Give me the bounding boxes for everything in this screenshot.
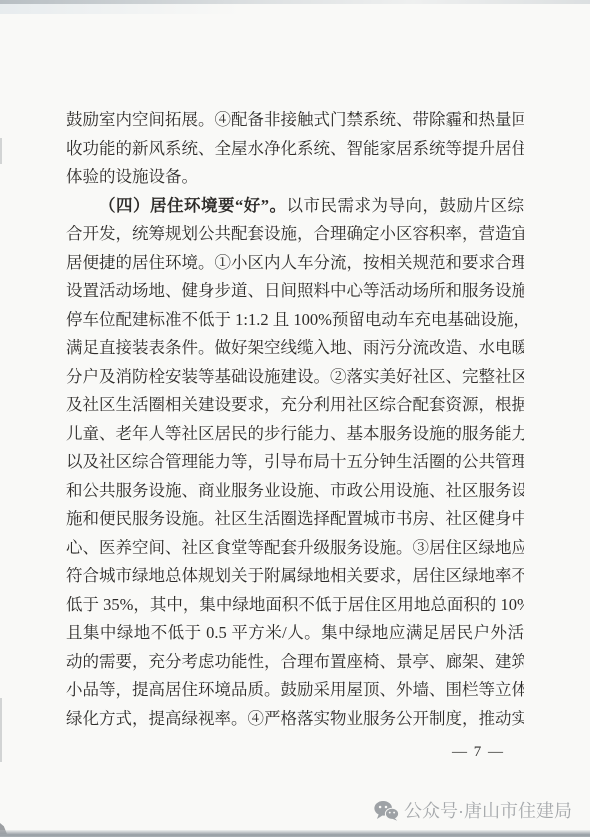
watermark-text: 公众号·唐山市住建局 [404,797,572,823]
text-line: 满足直接装表条件。做好架空线缆入地、雨污分流改造、水电暖 [66,334,524,363]
text-line: 绿化方式，提高绿视率。④严格落实物业服务公开制度，推动实 [66,705,524,734]
text-line: 符合城市绿地总体规划关于附属绿地相关要求，居住区绿地率不 [66,562,524,591]
page-number: — 7 — [452,744,505,761]
section-heading-rest: 以市民需求为导向，鼓励片区综 [287,196,525,215]
watermark: 公众号·唐山市住建局 [374,796,572,824]
text-line: 低于 35%，其中，集中绿地面积不低于居住区用地总面积的 10%， [66,591,524,620]
text-line: 停车位配建标准不低于 1:1.2 且 100%预留电动车充电基础设施， [66,306,524,335]
text-line: 分户及消防栓安装等基础设施建设。②落实美好社区、完整社区 [66,363,524,392]
text-line: 施和便民服务设施。社区生活圈选择配置城市书房、社区健身中 [66,505,524,534]
document-page: 鼓励室内空间拓展。④配备非接触式门禁系统、带除霾和热量回 收功能的新风系统、全屋… [0,0,590,837]
scan-mark-left-lower [0,698,2,762]
body-text: 鼓励室内空间拓展。④配备非接触式门禁系统、带除霾和热量回 收功能的新风系统、全屋… [66,106,524,733]
text-line: 儿童、老年人等社区居民的步行能力、基本服务设施的服务能力 [66,420,524,449]
text-line: 及社区生活圈相关建设要求，充分利用社区综合配套资源，根据 [66,391,524,420]
text-line: 和公共服务设施、商业服务业设施、市政公用设施、社区服务设 [66,477,524,506]
text-line: 动的需要，充分考虑功能性，合理布置座椅、景亭、廊架、建筑 [66,648,524,677]
text-line: 收功能的新风系统、全屋水净化系统、智能家居系统等提升居住 [66,135,524,164]
text-line: 合开发，统筹规划公共配套设施，合理确定小区容积率，营造宜 [66,220,524,249]
text-line: 鼓励室内空间拓展。④配备非接触式门禁系统、带除霾和热量回 [66,106,524,135]
text-line-section-start: （四）居住环境要“好”。以市民需求为导向，鼓励片区综 [66,192,524,221]
text-line: 以及社区综合管理能力等，引导布局十五分钟生活圈的公共管理 [66,448,524,477]
text-line: 居便捷的居住环境。①小区内人车分流，按相关规范和要求合理 [66,249,524,278]
section-heading: （四）居住环境要“好”。 [99,196,287,215]
text-line: 小品等，提高居住环境品质。鼓励采用屋顶、外墙、围栏等立体 [66,676,524,705]
scan-edge-bottom [0,830,590,837]
text-line: 心、医养空间、社区食堂等配套升级服务设施。③居住区绿地应 [66,534,524,563]
scan-mark-left-upper [0,138,2,164]
wechat-icon [374,800,399,821]
text-line: 设置活动场地、健身步道、日间照料中心等活动场所和服务设施。 [66,277,524,306]
text-line: 且集中绿地不低于 0.5 平方米/人。集中绿地应满足居民户外活 [66,619,524,648]
text-line: 体验的设施设备。 [66,163,524,192]
scan-haze-top-left [0,4,240,14]
